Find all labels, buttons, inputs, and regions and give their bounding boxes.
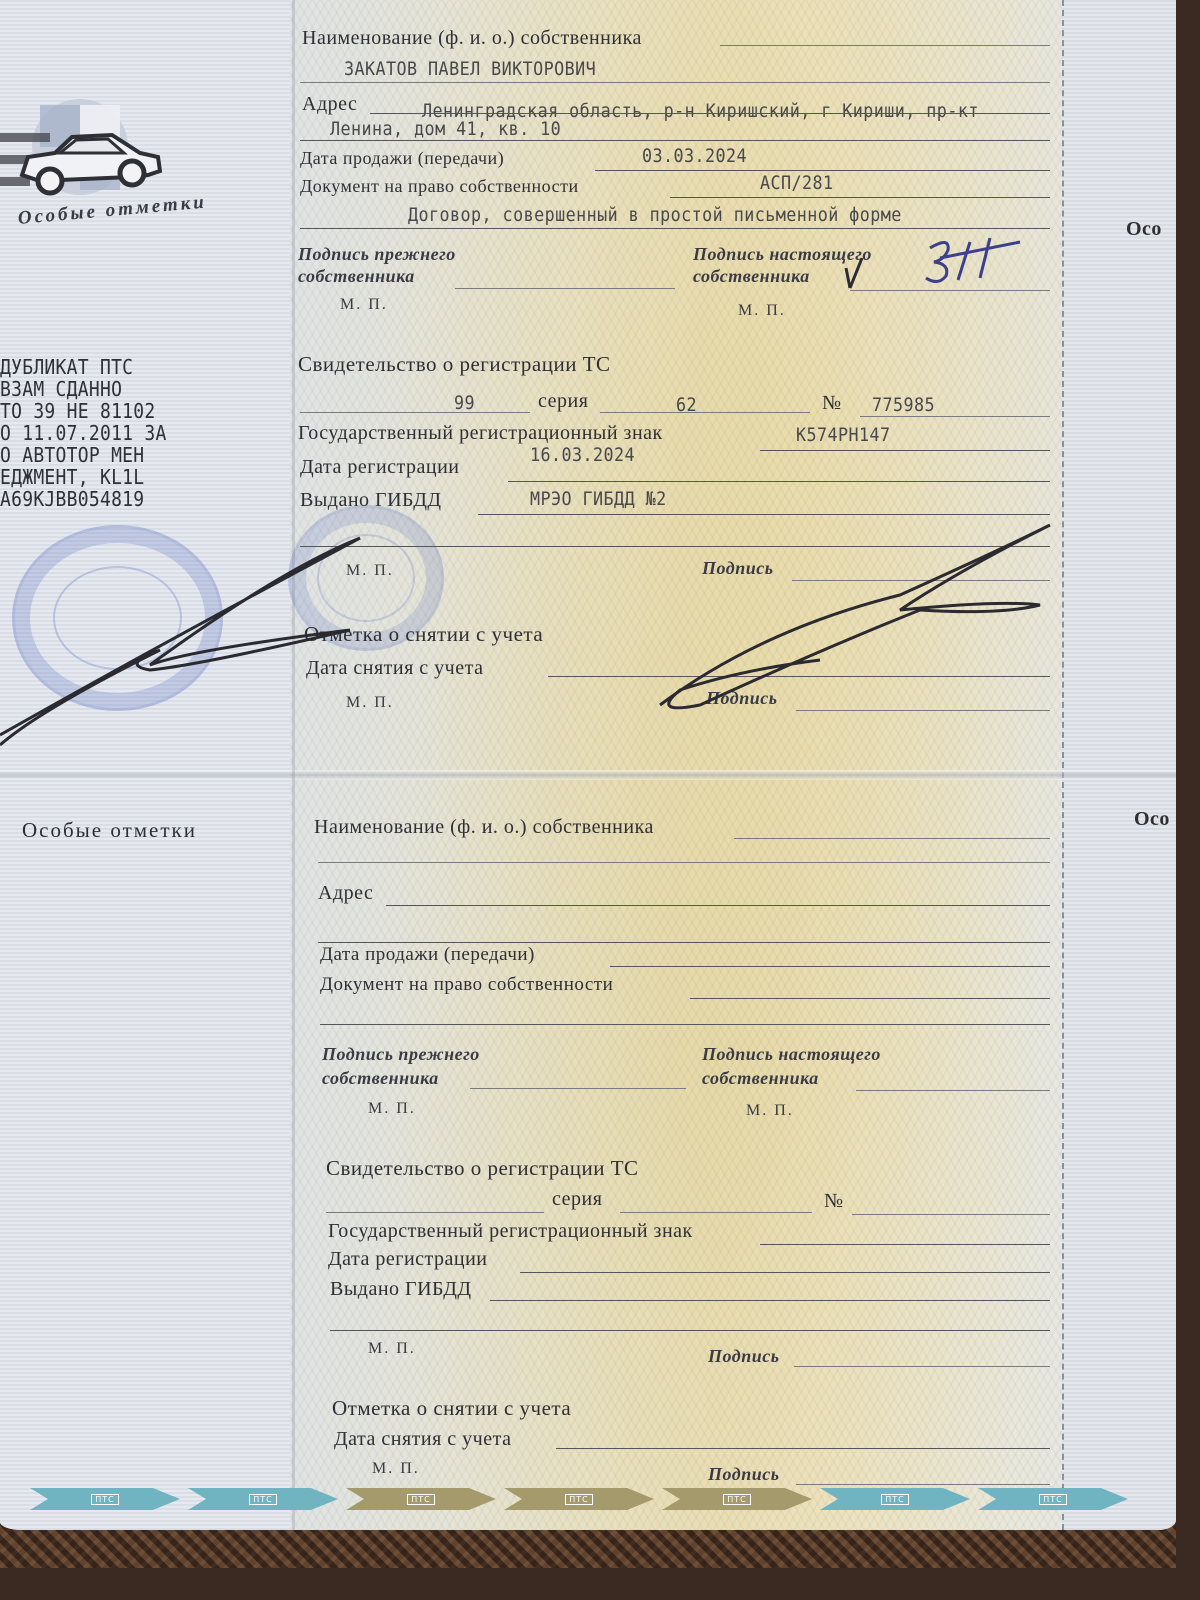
owner1-curr-sign-label-2: собственника <box>693 266 810 287</box>
owner2-deregistration-label: Отметка о снятии с учета <box>332 1396 571 1421</box>
ptc-band-segment: ПТС <box>30 1488 180 1510</box>
owner1-reg-cert-series-prefix: 99 <box>454 392 475 414</box>
owner2-plate-label: Государственный регистрационный знак <box>328 1220 693 1243</box>
ptc-band-segment: ПТС <box>188 1488 338 1510</box>
owner1-address-label: Адрес <box>302 93 357 116</box>
car-emblem-icon <box>0 95 170 205</box>
owner2-curr-sign-label-2: собственника <box>702 1068 819 1089</box>
left-margin-panel <box>0 0 300 1530</box>
owner1-ownership-doc-label: Документ на право собственности <box>300 176 579 197</box>
horizontal-fold <box>0 770 1176 780</box>
ptc-band-segment: ПТС <box>346 1488 496 1510</box>
note-line: О 11.07.2011 ЗА <box>0 422 167 444</box>
owner2-stamp-place-2: М. П. <box>746 1102 794 1120</box>
owner2-reg-cert-label: Свидетельство о регистрации ТС <box>326 1156 639 1181</box>
owner2-curr-sign-label-1: Подпись настоящего <box>702 1044 881 1065</box>
owner2-sale-date-label: Дата продажи (передачи) <box>320 944 535 966</box>
ptc-band-segment: ПТС <box>504 1488 654 1510</box>
owner1-reg-cert-label: Свидетельство о регистрации ТС <box>298 352 611 377</box>
right-special-marks-fragment-top: Осо <box>1126 218 1162 241</box>
owner2-stamp-place-3: М. П. <box>368 1340 416 1358</box>
owner1-name-value: ЗАКАТОВ ПАВЕЛ ВИКТОРОВИЧ <box>344 58 596 80</box>
owner1-stamp-place-1: М. П. <box>340 296 388 314</box>
owner1-reg-date-value: 16.03.2024 <box>530 444 635 466</box>
owner1-sale-date-label: Дата продажи (передачи) <box>300 148 504 169</box>
owner1-stamp-place-2: М. П. <box>738 302 786 320</box>
owner1-address-line2: Ленина, дом 41, кв. 10 <box>330 118 561 140</box>
owner2-name-label: Наименование (ф. и. о.) собственника <box>314 816 654 839</box>
owner1-plate-label: Государственный регистрационный знак <box>298 422 663 445</box>
owner2-series-label: серия <box>552 1188 602 1211</box>
typed-duplicate-note: ДУБЛИКАТ ПТС ВЗАМ СДАННО ТО 39 НЕ 81102 … <box>0 356 185 510</box>
owner2-ownership-doc-label: Документ на право собственности <box>320 974 613 996</box>
official-signatures <box>0 500 1176 760</box>
note-line: ВЗАМ СДАННО <box>0 378 167 400</box>
owner2-address-label: Адрес <box>318 882 373 905</box>
owner2-number-label: № <box>824 1190 844 1213</box>
owner1-plate-value: К574РН147 <box>796 424 891 446</box>
ptc-band-segment: ПТС <box>820 1488 970 1510</box>
note-line: ЕДЖМЕНТ, KL1L <box>0 466 167 488</box>
owner2-issued-by-label: Выдано ГИБДД <box>330 1278 472 1301</box>
note-line: ДУБЛИКАТ ПТС <box>0 356 167 378</box>
owner1-number-label: № <box>822 392 842 415</box>
note-line: ТО 39 НЕ 81102 <box>0 400 167 422</box>
note-line: О АВТОТОР МЕН <box>0 444 167 466</box>
owner1-sale-date-value: 03.03.2024 <box>642 145 747 167</box>
owner2-signature-label-1: Подпись <box>708 1346 779 1367</box>
owner2-stamp-place-4: М. П. <box>372 1460 420 1478</box>
ptc-band-segment: ПТС <box>978 1488 1128 1510</box>
owner1-reg-cert-series-value: 62 <box>676 394 697 416</box>
vertical-fold <box>292 0 295 1530</box>
owner2-deregistration-date-label: Дата снятия с учета <box>334 1428 511 1451</box>
owner2-stamp-place-1: М. П. <box>368 1100 416 1118</box>
owner2-reg-date-label: Дата регистрации <box>328 1248 488 1271</box>
owner1-ownership-doc-value: АСП/281 <box>760 172 834 194</box>
owner1-prev-sign-label-2: собственника <box>298 266 415 287</box>
owner1-reg-cert-number: 775985 <box>872 394 935 416</box>
owner1-reg-date-label: Дата регистрации <box>300 456 460 479</box>
owner1-series-label: серия <box>538 390 588 413</box>
ptc-security-band: ПТСПТСПТСПТСПТСПТСПТС <box>30 1480 1176 1520</box>
owner2-prev-sign-label-1: Подпись прежнего <box>322 1044 480 1065</box>
ptc-band-segment: ПТС <box>662 1488 812 1510</box>
owner-signature-pen <box>840 228 1030 298</box>
owner1-ownership-doc-line2: Договор, совершенный в простой письменно… <box>408 204 902 226</box>
owner1-prev-sign-label-1: Подпись прежнего <box>298 244 456 265</box>
owner1-name-label: Наименование (ф. и. о.) собственника <box>302 27 642 50</box>
pts-document-page: Особые отметки ДУБЛИКАТ ПТС ВЗАМ СДАННО … <box>0 0 1176 1530</box>
right-special-marks-fragment-bottom: Осо <box>1134 808 1170 831</box>
owner2-prev-sign-label-2: собственника <box>322 1068 439 1089</box>
special-marks-title-bottom: Особые отметки <box>22 818 197 843</box>
